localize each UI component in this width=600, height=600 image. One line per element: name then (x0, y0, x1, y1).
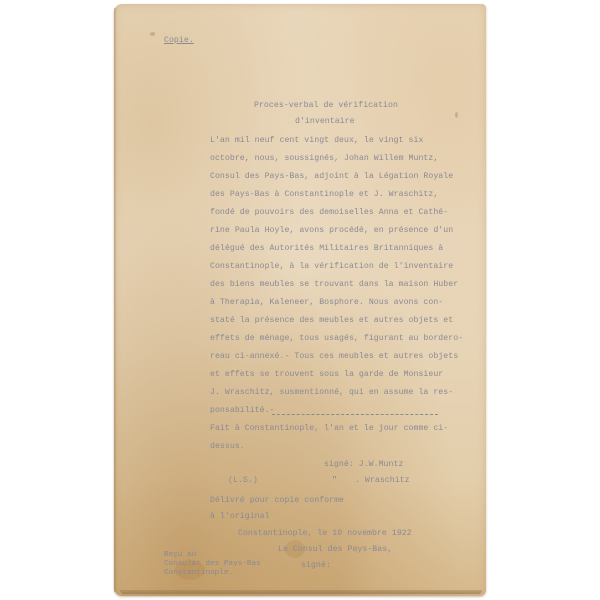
signed-label: signé: (301, 562, 331, 570)
body-line: des Pays-Bas à Constantinople et J. Wras… (210, 191, 438, 199)
body-line: rine Paula Hoyle, avons procédé, en prés… (210, 227, 453, 235)
body-line: L'an mil neuf cent vingt deux, le vingt … (210, 137, 423, 145)
body-line: à Therapia, Kaleneer, Bosphore. Nous avo… (210, 299, 443, 307)
document-title-line2: d'inventaire (295, 118, 355, 126)
page-bottom-edge (120, 590, 482, 594)
received-stamp-line: Constantinople. (164, 570, 233, 578)
body-line: reau ci-annexé.- Tous ces meubles et aut… (210, 353, 458, 361)
body-line: Constantinople, à la vérification de l'i… (210, 263, 453, 271)
body-line: Consul des Pays-Bas, adjoint à la Légati… (210, 173, 453, 181)
body-line: octobre, nous, soussignés, Johan Willem … (210, 155, 438, 163)
body-line: J. Wraschitz, susmentionné, qui en assum… (210, 389, 453, 397)
page-left-edge (114, 8, 117, 592)
body-line: délégué des Autorités Militaires Britann… (210, 245, 443, 253)
fill-rule-line (272, 414, 438, 415)
body-line: des biens meubles se trouvant dans la ma… (210, 281, 458, 289)
received-stamp-line: Consulat des Pays-Bas (164, 561, 261, 569)
body-line: Fait à Constantinople, l'an et le jour c… (210, 425, 448, 433)
stain (150, 32, 155, 36)
stain (455, 112, 458, 118)
body-line: staté la présence des meubles et autres … (210, 317, 453, 325)
seal-label: (L.S.) (228, 477, 258, 485)
body-line: et effets se trouvent sous la garde de M… (210, 371, 443, 379)
copy-header-label: Copie. (164, 37, 194, 45)
body-line: dessus. (210, 443, 245, 451)
signature-ditto-mark: " (332, 477, 337, 485)
body-line: fondé de pouvoirs des demoiselles Anna e… (210, 209, 448, 217)
signature-line-muntz: signé: J.W.Muntz (324, 461, 403, 469)
certification-line1: Délivré pour copie conforme (210, 497, 344, 505)
body-line: effets de ménage, tous usagés, figurant … (210, 335, 463, 343)
received-stamp-line: Reçu au (164, 552, 196, 560)
document-title-line1: Proces-verbal de vérification (254, 102, 398, 110)
place-date: Constantinople, le 10 novembre 1922 (238, 530, 412, 538)
signature-line-wraschitz: . Wraschitz (355, 477, 410, 485)
body-line: ponsabilité.- (210, 407, 275, 415)
consul-title: Le Consul des Pays-Bas, (278, 546, 392, 554)
certification-line2: à l'original (210, 513, 270, 521)
